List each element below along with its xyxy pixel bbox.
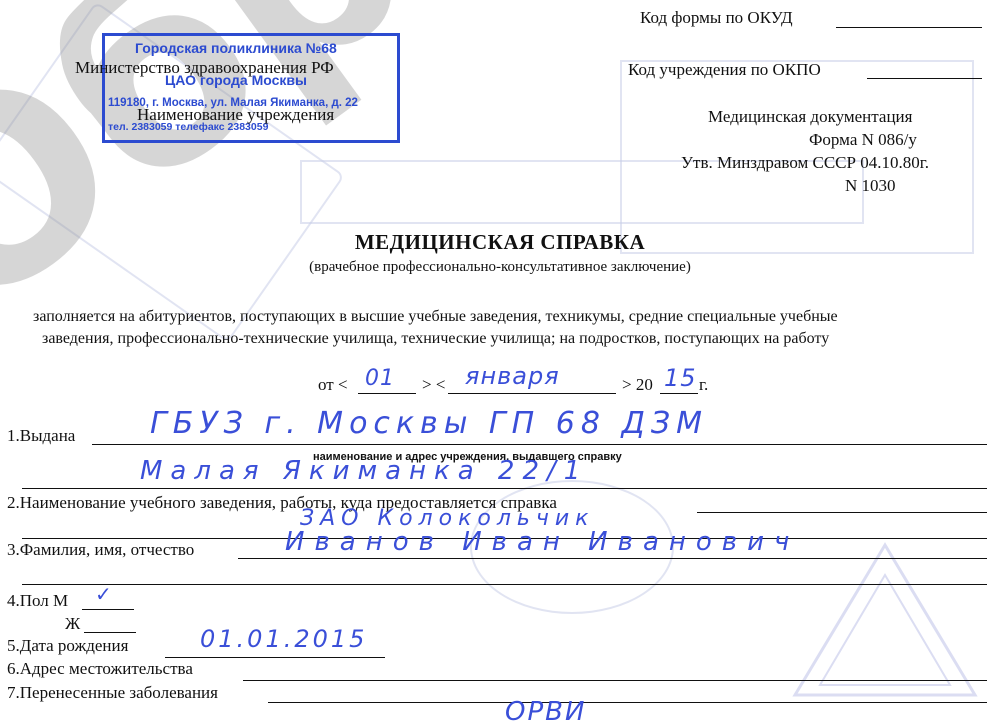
date-prefix: от < <box>318 375 348 395</box>
date-day-field[interactable] <box>358 393 416 394</box>
date-month-value: января <box>465 362 560 390</box>
birth-date-label: 5.Дата рождения <box>7 636 128 656</box>
okud-label: Код формы по ОКУД <box>640 8 793 28</box>
date-day-value: 01 <box>365 366 395 391</box>
birth-date-value: 01.01.2015 <box>200 625 367 653</box>
issued-value-1: ГБУЗ г. Москвы ГП 68 ДЗМ <box>150 406 708 441</box>
destination-field-line-1[interactable] <box>697 512 987 513</box>
full-name-label: 3.Фамилия, имя, отчество <box>7 540 194 560</box>
doc-type: Медицинская документация <box>708 107 912 127</box>
date-mid: > < <box>422 375 445 395</box>
okpo-field[interactable] <box>867 78 982 79</box>
stamp-line-1: Городская поликлиника №68 <box>135 40 337 56</box>
full-name-value: Иванов Иван Иванович <box>285 527 799 557</box>
date-suffix: г. <box>699 375 708 395</box>
date-year-prefix: > 20 <box>622 375 653 395</box>
sex-female-field[interactable] <box>84 632 136 633</box>
faded-triangle-stamp <box>790 540 980 700</box>
diseases-field[interactable] <box>268 702 987 703</box>
order-number: N 1030 <box>845 176 896 196</box>
full-name-field-line-1[interactable] <box>238 558 987 559</box>
sex-male-field[interactable] <box>82 609 134 610</box>
sex-male-checkmark: ✓ <box>95 582 113 606</box>
diseases-label: 7.Перенесенные заболевания <box>7 683 218 703</box>
okud-field[interactable] <box>836 27 982 28</box>
full-name-field-line-2[interactable] <box>22 584 987 585</box>
diseases-value: ОРВИ <box>505 697 586 723</box>
okpo-label: Код учреждения по ОКПО <box>628 60 821 80</box>
address-label: 6.Адрес местожительства <box>7 659 193 679</box>
issued-value-2: Малая Якиманка 22/1 <box>140 456 588 486</box>
institution-caption: Наименование учреждения <box>137 105 334 125</box>
intro-line-1: заполняется на абитуриентов, поступающих… <box>33 308 838 326</box>
date-year-field[interactable] <box>660 393 698 394</box>
approved-by: Утв. Минздравом СССР 04.10.80г. <box>681 153 929 173</box>
document-title: МЕДИЦИНСКАЯ СПРАВКА <box>0 230 1000 255</box>
sex-label: 4.Пол М <box>7 591 68 611</box>
issued-field-line-2[interactable] <box>22 488 987 489</box>
birth-date-field[interactable] <box>165 657 385 658</box>
address-field[interactable] <box>243 680 987 681</box>
sex-female-label: Ж <box>65 614 80 634</box>
clinic-stamp: Городская поликлиника №68 ЦАО города Мос… <box>102 33 400 143</box>
document-subtitle: (врачебное профессионально-консультативн… <box>0 259 1000 276</box>
date-year-value: 15 <box>664 364 697 392</box>
issued-field-line-1[interactable] <box>92 444 987 445</box>
intro-line-2: заведения, профессионально-технические у… <box>42 330 829 348</box>
date-month-field[interactable] <box>448 393 616 394</box>
ministry-name: Министерство здравоохранения РФ <box>75 58 334 78</box>
issued-label: 1.Выдана <box>7 426 75 446</box>
form-number: Форма N 086/у <box>809 130 917 150</box>
